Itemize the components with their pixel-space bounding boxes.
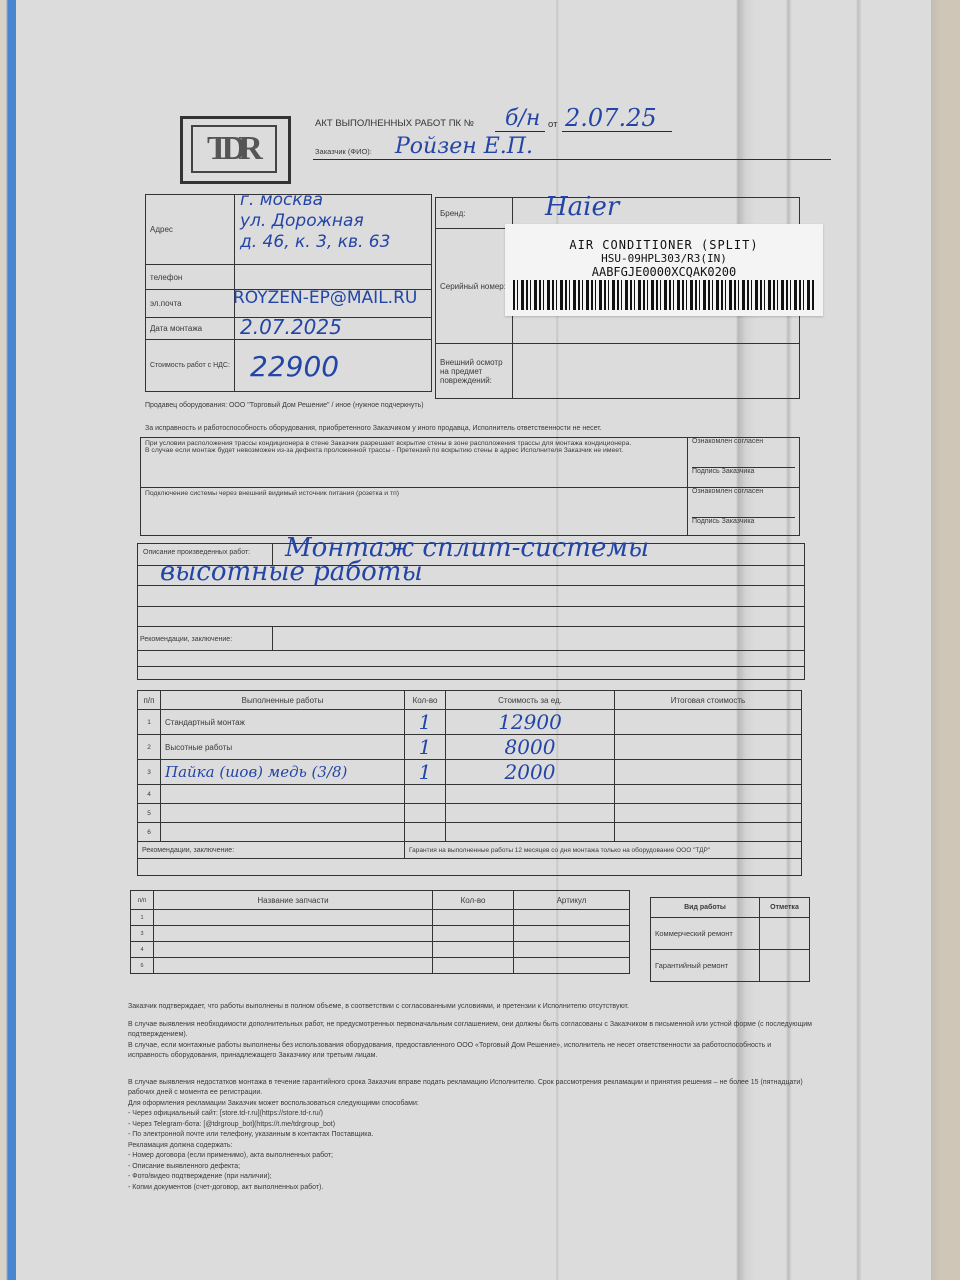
footer-paragraph-confirm: Заказчик подтверждает, что работы выполн… xyxy=(128,1002,813,1013)
brand-label: Бренд: xyxy=(436,198,513,229)
work-qty: 1 xyxy=(405,735,446,760)
consent-signature-box[interactable]: Ознакомлен согласен Подпись Заказчика xyxy=(688,488,800,536)
table-row: 1 xyxy=(131,910,630,926)
serial-label: Серийный номер: xyxy=(436,229,513,344)
phone-label: телефон xyxy=(146,265,235,290)
work-price: 8000 xyxy=(446,735,615,760)
customer-label: Заказчик (ФИО): xyxy=(315,147,372,156)
table-row: 6 xyxy=(138,823,802,842)
inspection-label: Внешний осмотр на предмет повреждений: xyxy=(436,344,513,399)
repair-col-type: Вид работы xyxy=(651,898,760,918)
work-description-label: Описание произведенных работ: xyxy=(143,549,250,556)
col-header-work: Выполненные работы xyxy=(161,691,405,710)
work-qty: 1 xyxy=(405,760,446,785)
table-row: 2 Высотные работы 1 8000 xyxy=(138,735,802,760)
serial-sticker: AIR CONDITIONER (SPLIT) HSU-09HPL303/R3(… xyxy=(505,224,823,316)
logo-frame: TDR xyxy=(191,125,277,173)
work-description-line-2: высотные работы xyxy=(160,557,423,587)
address-value: г. москва ул. Дорожная д. 46, к. 3, кв. … xyxy=(240,190,390,253)
email-label: эл.почта xyxy=(146,290,235,318)
repair-mark-warranty[interactable] xyxy=(760,950,810,982)
recommendations-label-1: Рекомендации, заключение: xyxy=(140,636,232,643)
warranty-note: Гарантия на выполненные работы 12 месяце… xyxy=(405,842,802,859)
table-row: 4 xyxy=(138,785,802,804)
sticker-product-type: AIR CONDITIONER (SPLIT) xyxy=(505,238,823,252)
recommendations-label-2: Рекомендации, заключение: xyxy=(138,842,405,859)
customer-name: Ройзен Е.П. xyxy=(395,134,533,159)
sticker-model: HSU-09HPL303/R3(IN) xyxy=(505,252,823,265)
parts-col-qty: Кол-во xyxy=(433,891,514,910)
col-header-number: п/п xyxy=(138,691,161,710)
table-row: 6 xyxy=(131,958,630,974)
cost-value: 22900 xyxy=(250,350,339,383)
repair-col-mark: Отметка xyxy=(760,898,810,918)
logo-text: TDR xyxy=(207,130,255,168)
col-header-total: Итоговая стоимость xyxy=(615,691,802,710)
work-qty: 1 xyxy=(405,710,446,735)
act-date: 2.07.25 xyxy=(565,104,657,132)
sticker-serial: AABFGJE0000XCQAK0200 xyxy=(505,265,823,279)
install-date-value: 2.07.2025 xyxy=(240,315,342,339)
phone-value xyxy=(235,265,432,290)
repair-mark-commercial[interactable] xyxy=(760,918,810,950)
work-price: 12900 xyxy=(446,710,615,735)
repair-type-warranty: Гарантийный ремонт xyxy=(651,950,760,982)
work-price: 2000 xyxy=(446,760,615,785)
act-number: б/н xyxy=(505,106,540,131)
work-name: Высотные работы xyxy=(161,735,405,760)
table-row: 4 xyxy=(131,942,630,958)
address-label: Адрес xyxy=(146,195,235,265)
act-title: АКТ ВЫПОЛНЕННЫХ РАБОТ ПК № xyxy=(315,118,474,129)
footer-text: Заказчик подтверждает, что работы выполн… xyxy=(128,1002,813,1193)
brand-value: Haier xyxy=(545,192,619,222)
parts-col-article: Артикул xyxy=(514,891,630,910)
repair-type-table: Вид работы Отметка Коммерческий ремонт Г… xyxy=(650,897,810,982)
table-row: 5 xyxy=(138,804,802,823)
install-date-label: Дата монтажа xyxy=(146,318,235,340)
parts-col-number: п/п xyxy=(131,891,154,910)
work-name: Стандартный монтаж xyxy=(161,710,405,735)
cost-label: Стоимость работ с НДС: xyxy=(146,340,235,392)
consent-table: При условии расположения трассы кондицио… xyxy=(140,437,800,536)
consent-signature-box[interactable]: Ознакомлен согласен Подпись Заказчика xyxy=(688,438,800,488)
company-logo: TDR xyxy=(180,116,291,184)
inspection-value xyxy=(513,344,800,399)
parts-col-name: Название запчасти xyxy=(154,891,433,910)
parts-table: п/п Название запчасти Кол-во Артикул 1 3… xyxy=(130,890,630,974)
works-table: п/п Выполненные работы Кол-во Стоимость … xyxy=(137,690,802,876)
repair-type-commercial: Коммерческий ремонт xyxy=(651,918,760,950)
barcode xyxy=(513,280,815,310)
footer-paragraph-claims: В случае выявления недостатков монтажа в… xyxy=(128,1078,813,1194)
work-total xyxy=(615,735,802,760)
seller-note: Продавец оборудования: ООО "Торговый Дом… xyxy=(145,402,424,409)
date-label: от xyxy=(548,119,557,130)
consent-text-wall-opening: При условии расположения трассы кондицио… xyxy=(141,438,688,488)
footer-paragraph-additional: В случае выявления необходимости дополни… xyxy=(128,1020,813,1062)
col-header-unit-price: Стоимость за ед. xyxy=(446,691,615,710)
recommendations-line xyxy=(138,859,802,876)
consent-text-power: Подключение системы через внешний видимы… xyxy=(141,488,688,536)
col-header-qty: Кол-во xyxy=(405,691,446,710)
table-row: 3 xyxy=(131,926,630,942)
table-row: 1 Стандартный монтаж 1 12900 xyxy=(138,710,802,735)
email-value: ROYZEN-EP@MAIL.RU xyxy=(233,288,417,308)
work-total xyxy=(615,760,802,785)
work-name: Пайка (шов) медь (3/8) xyxy=(161,760,405,785)
liability-note: За исправность и работоспособность обору… xyxy=(145,425,602,432)
table-row: 3 Пайка (шов) медь (3/8) 1 2000 xyxy=(138,760,802,785)
work-total xyxy=(615,710,802,735)
